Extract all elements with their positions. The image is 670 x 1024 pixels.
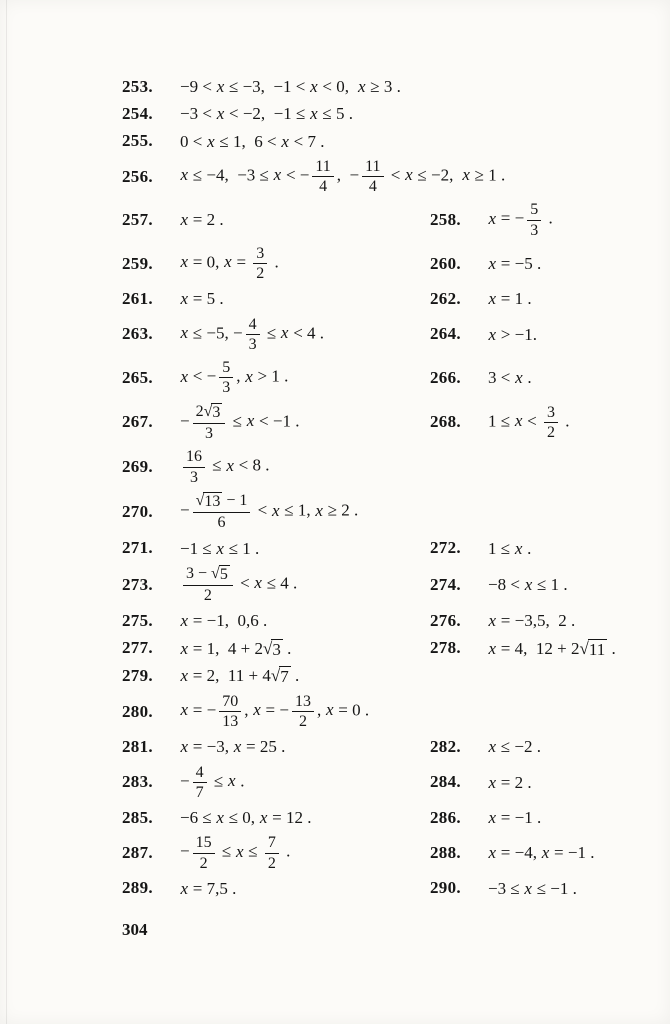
- item-number: 277.: [122, 638, 180, 658]
- answer-item: 281.x = −3, x = 25 .: [122, 736, 285, 757]
- item-expression: x > −1.: [488, 324, 537, 345]
- item-expression: −9 < x ≤ −3, −1 < x < 0, x ≥ 3 .: [180, 76, 401, 97]
- answer-item: 262.x = 1 .: [430, 288, 532, 309]
- item-expression: −1 ≤ x ≤ 1 .: [180, 538, 259, 559]
- answer-item: 267.−2√33 ≤ x < −1 .: [122, 403, 299, 443]
- variable-x: x: [180, 289, 189, 308]
- answer-item: 254.−3 < x < −2, −1 ≤ x ≤ 5 .: [122, 103, 353, 124]
- answer-cell-right: 272.1 ≤ x .: [430, 538, 644, 559]
- item-expression: −3 < x < −2, −1 ≤ x ≤ 5 .: [180, 103, 353, 124]
- item-number: 268.: [430, 412, 488, 432]
- answer-row: 259.x = 0, x = 32 .260.x = −5 .: [122, 245, 644, 283]
- variable-x: x: [310, 77, 319, 96]
- fraction: 53: [527, 201, 541, 239]
- item-expression: x = −7013, x = −132, x = 0 .: [180, 693, 369, 731]
- answer-item: 253.−9 < x ≤ −3, −1 < x < 0, x ≥ 3 .: [122, 76, 401, 97]
- answer-cell-left: 287.−152 ≤ x ≤ 72 .: [122, 834, 430, 872]
- item-expression: x = 1 .: [488, 288, 532, 309]
- answer-cell-right: 274.−8 < x ≤ 1 .: [430, 574, 644, 595]
- square-root: √13: [196, 492, 223, 511]
- answer-cell-right: 258.x = −53 .: [430, 201, 644, 239]
- variable-x: x: [488, 209, 497, 228]
- item-number: 266.: [430, 368, 488, 388]
- answer-row: 253.−9 < x ≤ −3, −1 < x < 0, x ≥ 3 .: [122, 76, 644, 97]
- variable-x: x: [488, 611, 497, 630]
- answer-cell-right: 266.3 < x .: [430, 367, 644, 388]
- answer-cell-left: 257.x = 2 .: [122, 209, 430, 230]
- answer-item: 280.x = −7013, x = −132, x = 0 .: [122, 693, 369, 731]
- variable-x: x: [488, 737, 497, 756]
- item-expression: −6 ≤ x ≤ 0, x = 12 .: [180, 807, 311, 828]
- variable-x: x: [180, 252, 189, 271]
- item-number: 263.: [122, 324, 180, 344]
- item-number: 258.: [430, 210, 488, 230]
- item-expression: −8 < x ≤ 1 .: [488, 574, 568, 595]
- answers-list: 253.−9 < x ≤ −3, −1 < x < 0, x ≥ 3 .254.…: [122, 76, 644, 905]
- item-expression: x < −53, x > 1 .: [180, 359, 288, 397]
- item-number: 275.: [122, 611, 180, 631]
- item-expression: x = 2 .: [180, 209, 224, 230]
- item-expression: x = 4, 12 + 2√11 .: [488, 638, 616, 660]
- item-number: 276.: [430, 611, 488, 631]
- item-expression: −√13 − 16 < x ≤ 1, x ≥ 2 .: [180, 492, 358, 532]
- answer-row: 285.−6 ≤ x ≤ 0, x = 12 .286.x = −1 .: [122, 807, 644, 828]
- item-expression: x = 2 .: [488, 772, 532, 793]
- variable-x: x: [357, 77, 366, 96]
- answer-cell-left: 263.x ≤ −5, −43 ≤ x < 4 .: [122, 316, 430, 354]
- answer-item: 260.x = −5 .: [430, 253, 541, 274]
- item-expression: 0 < x ≤ 1, 6 < x < 7 .: [180, 131, 324, 152]
- item-expression: −152 ≤ x ≤ 72 .: [180, 834, 290, 872]
- variable-x: x: [216, 539, 225, 558]
- item-number: 265.: [122, 368, 180, 388]
- answer-item: 276.x = −3,5, 2 .: [430, 610, 575, 631]
- item-number: 279.: [122, 666, 180, 686]
- item-expression: x = −1 .: [488, 807, 541, 828]
- variable-x: x: [227, 771, 236, 790]
- fraction: 32: [544, 404, 558, 442]
- item-expression: x = 7,5 .: [180, 878, 236, 899]
- variable-x: x: [216, 77, 225, 96]
- answer-row: 255.0 < x ≤ 1, 6 < x < 7 .: [122, 131, 644, 152]
- answer-row: 275.x = −1, 0,6 .276.x = −3,5, 2 .: [122, 610, 644, 631]
- variable-x: x: [273, 165, 282, 184]
- answer-cell-right: 284.x = 2 .: [430, 772, 644, 793]
- square-root: √3: [263, 639, 283, 660]
- answer-cell-left: 279.x = 2, 11 + 4√7 .: [122, 665, 644, 687]
- square-root: √3: [204, 403, 223, 422]
- answer-item: 273.3 − √52 < x ≤ 4 .: [122, 565, 297, 605]
- answer-item: 283.−47 ≤ x .: [122, 764, 244, 802]
- variable-x: x: [541, 843, 550, 862]
- fraction: 2√33: [193, 403, 226, 443]
- variable-x: x: [514, 411, 523, 430]
- item-number: 254.: [122, 104, 180, 124]
- variable-x: x: [180, 737, 189, 756]
- answer-cell-left: 255.0 < x ≤ 1, 6 < x < 7 .: [122, 131, 644, 152]
- item-number: 278.: [430, 638, 488, 658]
- item-expression: 1 ≤ x < 32 .: [488, 404, 569, 442]
- variable-x: x: [488, 289, 497, 308]
- variable-x: x: [514, 539, 523, 558]
- answer-item: 278.x = 4, 12 + 2√11 .: [430, 638, 616, 660]
- item-number: 262.: [430, 289, 488, 309]
- answer-row: 265.x < −53, x > 1 .266.3 < x .: [122, 359, 644, 397]
- item-number: 259.: [122, 254, 180, 274]
- item-expression: x = 2, 11 + 4√7 .: [180, 665, 299, 687]
- item-number: 269.: [122, 457, 180, 477]
- answer-cell-left: 275.x = −1, 0,6 .: [122, 610, 430, 631]
- item-expression: −2√33 ≤ x < −1 .: [180, 403, 299, 443]
- item-expression: 163 ≤ x < 8 .: [180, 448, 269, 486]
- variable-x: x: [488, 843, 497, 862]
- item-number: 288.: [430, 843, 488, 863]
- fraction: 72: [265, 834, 279, 872]
- fraction: 3 − √52: [183, 565, 233, 605]
- answer-cell-left: 269.163 ≤ x < 8 .: [122, 448, 644, 486]
- variable-x: x: [462, 165, 471, 184]
- book-page: 253.−9 < x ≤ −3, −1 < x < 0, x ≥ 3 .254.…: [0, 0, 670, 1024]
- variable-x: x: [280, 323, 289, 342]
- fraction: √13 − 16: [193, 492, 251, 532]
- answer-cell-right: 278.x = 4, 12 + 2√11 .: [430, 638, 644, 660]
- answer-cell-right: 260.x = −5 .: [430, 253, 644, 274]
- item-number: 270.: [122, 502, 180, 522]
- item-number: 272.: [430, 538, 488, 558]
- item-number: 286.: [430, 808, 488, 828]
- answer-row: 289.x = 7,5 .290.−3 ≤ x ≤ −1 .: [122, 878, 644, 899]
- answer-cell-right: 288.x = −4, x = −1 .: [430, 842, 644, 863]
- answer-item: 275.x = −1, 0,6 .: [122, 610, 267, 631]
- answer-row: 271.−1 ≤ x ≤ 1 .272.1 ≤ x .: [122, 538, 644, 559]
- page-number: 304: [122, 920, 148, 940]
- fraction: 152: [193, 834, 215, 872]
- item-number: 253.: [122, 77, 180, 97]
- answer-cell-left: 254.−3 < x < −2, −1 ≤ x ≤ 5 .: [122, 103, 644, 124]
- variable-x: x: [180, 611, 189, 630]
- variable-x: x: [524, 879, 533, 898]
- item-number: 285.: [122, 808, 180, 828]
- variable-x: x: [405, 165, 414, 184]
- answer-cell-left: 283.−47 ≤ x .: [122, 764, 430, 802]
- fraction: 132: [292, 693, 314, 731]
- answer-item: 259.x = 0, x = 32 .: [122, 245, 279, 283]
- answer-row: 270.−√13 − 16 < x ≤ 1, x ≥ 2 .: [122, 492, 644, 532]
- item-number: 273.: [122, 575, 180, 595]
- answer-item: 272.1 ≤ x .: [430, 538, 531, 559]
- answer-cell-left: 265.x < −53, x > 1 .: [122, 359, 430, 397]
- answer-row: 257.x = 2 .258.x = −53 .: [122, 201, 644, 239]
- item-expression: −47 ≤ x .: [180, 764, 244, 802]
- answer-cell-left: 277.x = 1, 4 + 2√3 .: [122, 638, 430, 660]
- variable-x: x: [224, 252, 233, 271]
- variable-x: x: [488, 773, 497, 792]
- answer-item: 289.x = 7,5 .: [122, 878, 236, 899]
- variable-x: x: [310, 104, 319, 123]
- answer-row: 283.−47 ≤ x .284.x = 2 .: [122, 764, 644, 802]
- item-expression: x ≤ −2 .: [488, 736, 541, 757]
- answer-cell-left: 281.x = −3, x = 25 .: [122, 736, 430, 757]
- variable-x: x: [253, 700, 262, 719]
- item-number: 257.: [122, 210, 180, 230]
- fraction: 163: [183, 448, 205, 486]
- variable-x: x: [488, 254, 497, 273]
- fraction: 114: [312, 158, 333, 196]
- item-expression: x = −53 .: [488, 201, 553, 239]
- answer-item: 287.−152 ≤ x ≤ 72 .: [122, 834, 290, 872]
- item-number: 284.: [430, 772, 488, 792]
- item-expression: x = −4, x = −1 .: [488, 842, 594, 863]
- answer-item: 284.x = 2 .: [430, 772, 532, 793]
- answer-item: 286.x = −1 .: [430, 807, 541, 828]
- answer-cell-right: 290.−3 ≤ x ≤ −1 .: [430, 878, 644, 899]
- variable-x: x: [226, 456, 235, 475]
- answer-item: 256.x ≤ −4, −3 ≤ x < −114, −114 < x ≤ −2…: [122, 158, 505, 196]
- answer-item: 285.−6 ≤ x ≤ 0, x = 12 .: [122, 807, 311, 828]
- variable-x: x: [180, 666, 189, 685]
- answer-item: 279.x = 2, 11 + 4√7 .: [122, 665, 299, 687]
- variable-x: x: [488, 808, 497, 827]
- answer-item: 255.0 < x ≤ 1, 6 < x < 7 .: [122, 131, 324, 152]
- variable-x: x: [281, 132, 290, 151]
- variable-x: x: [515, 368, 524, 387]
- variable-x: x: [246, 411, 255, 430]
- variable-x: x: [233, 737, 242, 756]
- fraction: 43: [246, 316, 260, 354]
- answer-cell-right: 282.x ≤ −2 .: [430, 736, 644, 757]
- variable-x: x: [180, 210, 189, 229]
- answer-cell-left: 267.−2√33 ≤ x < −1 .: [122, 403, 430, 443]
- answer-item: 268.1 ≤ x < 32 .: [430, 404, 569, 442]
- answer-item: 282.x ≤ −2 .: [430, 736, 541, 757]
- answer-item: 290.−3 ≤ x ≤ −1 .: [430, 878, 577, 899]
- variable-x: x: [180, 700, 189, 719]
- answer-item: 264.x > −1.: [430, 324, 537, 345]
- item-expression: x = −3,5, 2 .: [488, 610, 575, 631]
- item-number: 283.: [122, 772, 180, 792]
- answer-cell-left: 261.x = 5 .: [122, 288, 430, 309]
- item-number: 256.: [122, 167, 180, 187]
- answer-cell-left: 253.−9 < x ≤ −3, −1 < x < 0, x ≥ 3 .: [122, 76, 644, 97]
- item-expression: x = −3, x = 25 .: [180, 736, 285, 757]
- answer-cell-right: 286.x = −1 .: [430, 807, 644, 828]
- item-expression: x = 5 .: [180, 288, 224, 309]
- variable-x: x: [254, 573, 263, 592]
- answer-cell-left: 271.−1 ≤ x ≤ 1 .: [122, 538, 430, 559]
- answer-item: 269.163 ≤ x < 8 .: [122, 448, 269, 486]
- fraction: 7013: [219, 693, 241, 731]
- variable-x: x: [216, 104, 225, 123]
- answer-item: 263.x ≤ −5, −43 ≤ x < 4 .: [122, 316, 324, 354]
- variable-x: x: [180, 367, 189, 386]
- answer-row: 263.x ≤ −5, −43 ≤ x < 4 .264.x > −1.: [122, 316, 644, 354]
- square-root: √11: [579, 639, 607, 660]
- item-number: 289.: [122, 878, 180, 898]
- variable-x: x: [272, 501, 281, 520]
- answer-item: 274.−8 < x ≤ 1 .: [430, 574, 568, 595]
- fraction: 53: [219, 359, 233, 397]
- answer-cell-left: 280.x = −7013, x = −132, x = 0 .: [122, 693, 644, 731]
- item-expression: x ≤ −5, −43 ≤ x < 4 .: [180, 316, 324, 354]
- item-number: 274.: [430, 575, 488, 595]
- answer-row: 287.−152 ≤ x ≤ 72 .288.x = −4, x = −1 .: [122, 834, 644, 872]
- item-expression: −3 ≤ x ≤ −1 .: [488, 878, 577, 899]
- answer-item: 270.−√13 − 16 < x ≤ 1, x ≥ 2 .: [122, 492, 358, 532]
- variable-x: x: [524, 575, 533, 594]
- variable-x: x: [180, 165, 189, 184]
- item-number: 267.: [122, 412, 180, 432]
- item-number: 290.: [430, 878, 488, 898]
- answer-cell-left: 273.3 − √52 < x ≤ 4 .: [122, 565, 430, 605]
- answer-row: 277.x = 1, 4 + 2√3 .278.x = 4, 12 + 2√11…: [122, 638, 644, 660]
- variable-x: x: [180, 879, 189, 898]
- variable-x: x: [216, 808, 225, 827]
- item-number: 261.: [122, 289, 180, 309]
- variable-x: x: [180, 639, 189, 658]
- answer-row: 256.x ≤ −4, −3 ≤ x < −114, −114 < x ≤ −2…: [122, 158, 644, 196]
- item-expression: 1 ≤ x .: [488, 538, 531, 559]
- answer-cell-left: 285.−6 ≤ x ≤ 0, x = 12 .: [122, 807, 430, 828]
- answer-row: 267.−2√33 ≤ x < −1 .268.1 ≤ x < 32 .: [122, 403, 644, 443]
- answer-row: 254.−3 < x < −2, −1 ≤ x ≤ 5 .: [122, 103, 644, 124]
- variable-x: x: [245, 367, 254, 386]
- item-expression: 3 < x .: [488, 367, 532, 388]
- answer-cell-right: 262.x = 1 .: [430, 288, 644, 309]
- answer-item: 277.x = 1, 4 + 2√3 .: [122, 638, 291, 660]
- answer-row: 261.x = 5 .262.x = 1 .: [122, 288, 644, 309]
- answer-item: 271.−1 ≤ x ≤ 1 .: [122, 538, 259, 559]
- answer-item: 261.x = 5 .: [122, 288, 224, 309]
- answer-cell-right: 268.1 ≤ x < 32 .: [430, 404, 644, 442]
- answer-row: 280.x = −7013, x = −132, x = 0 .: [122, 693, 644, 731]
- answer-cell-left: 259.x = 0, x = 32 .: [122, 245, 430, 283]
- variable-x: x: [180, 323, 189, 342]
- item-number: 271.: [122, 538, 180, 558]
- item-expression: x = −5 .: [488, 253, 541, 274]
- item-expression: x = 1, 4 + 2√3 .: [180, 638, 291, 660]
- answer-row: 273.3 − √52 < x ≤ 4 .274.−8 < x ≤ 1 .: [122, 565, 644, 605]
- fraction: 47: [193, 764, 207, 802]
- answer-row: 279.x = 2, 11 + 4√7 .: [122, 665, 644, 687]
- variable-x: x: [259, 808, 268, 827]
- item-expression: 3 − √52 < x ≤ 4 .: [180, 565, 297, 605]
- item-number: 255.: [122, 131, 180, 151]
- answer-item: 257.x = 2 .: [122, 209, 224, 230]
- item-number: 287.: [122, 843, 180, 863]
- answer-item: 265.x < −53, x > 1 .: [122, 359, 288, 397]
- answer-cell-left: 289.x = 7,5 .: [122, 878, 430, 899]
- item-expression: x = −1, 0,6 .: [180, 610, 267, 631]
- answer-row: 269.163 ≤ x < 8 .: [122, 448, 644, 486]
- item-number: 281.: [122, 737, 180, 757]
- answer-cell-left: 256.x ≤ −4, −3 ≤ x < −114, −114 < x ≤ −2…: [122, 158, 644, 196]
- variable-x: x: [488, 639, 497, 658]
- square-root: √5: [211, 565, 230, 584]
- variable-x: x: [315, 501, 324, 520]
- item-number: 280.: [122, 702, 180, 722]
- answer-cell-left: 270.−√13 − 16 < x ≤ 1, x ≥ 2 .: [122, 492, 644, 532]
- answer-item: 288.x = −4, x = −1 .: [430, 842, 594, 863]
- answer-item: 258.x = −53 .: [430, 201, 553, 239]
- variable-x: x: [207, 132, 216, 151]
- square-root: √7: [271, 666, 291, 687]
- item-number: 260.: [430, 254, 488, 274]
- answer-cell-right: 276.x = −3,5, 2 .: [430, 610, 644, 631]
- fraction: 114: [362, 158, 383, 196]
- variable-x: x: [235, 842, 244, 861]
- item-expression: x = 0, x = 32 .: [180, 245, 279, 283]
- item-number: 282.: [430, 737, 488, 757]
- answer-item: 266.3 < x .: [430, 367, 532, 388]
- variable-x: x: [325, 700, 334, 719]
- answer-row: 281.x = −3, x = 25 .282.x ≤ −2 .: [122, 736, 644, 757]
- item-expression: x ≤ −4, −3 ≤ x < −114, −114 < x ≤ −2, x …: [180, 158, 505, 196]
- item-number: 264.: [430, 324, 488, 344]
- variable-x: x: [488, 325, 497, 344]
- answer-cell-right: 264.x > −1.: [430, 324, 644, 345]
- fraction: 32: [253, 245, 267, 283]
